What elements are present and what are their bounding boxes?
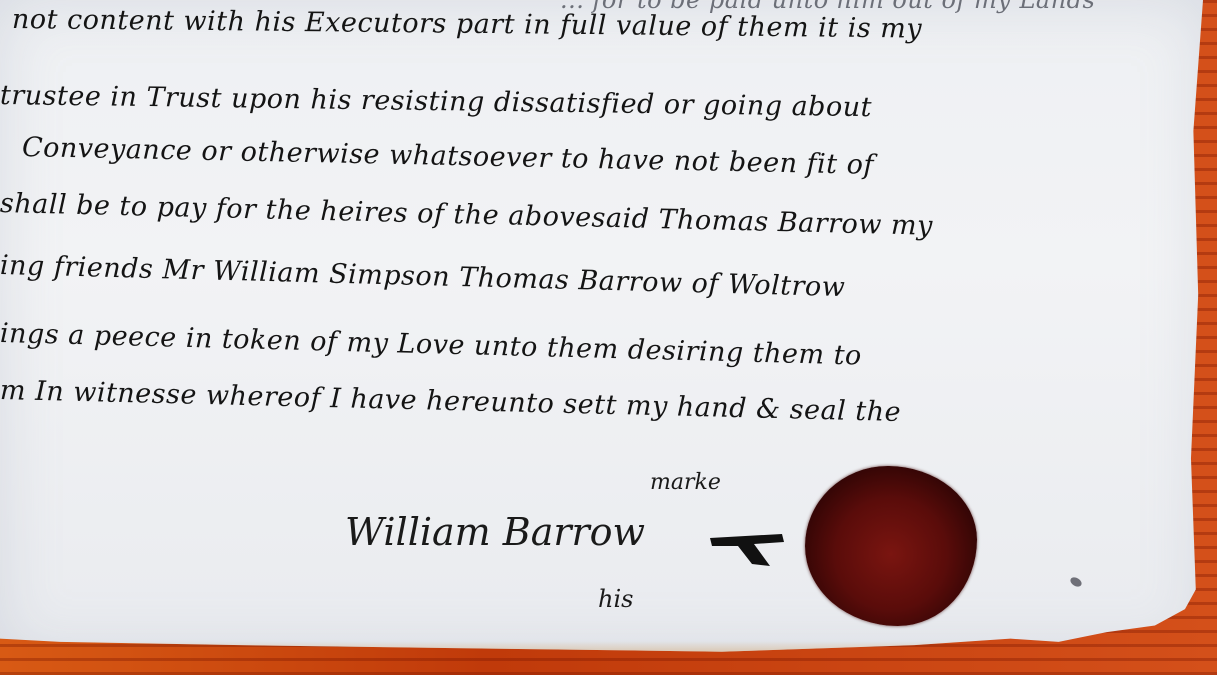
mark-label-below: his <box>598 585 633 613</box>
mark-label-above: marke <box>650 470 721 495</box>
document-paper: ... for to be paid unto him out of my La… <box>0 0 1203 655</box>
text-line-2: trustee in Trust upon his resisting diss… <box>0 80 872 123</box>
signatory-mark-icon <box>708 522 788 570</box>
text-line-4: shall be to pay for the heires of the ab… <box>0 188 933 242</box>
text-line-3: Conveyance or otherwise whatsoever to ha… <box>22 132 875 181</box>
ink-speck <box>1069 576 1083 589</box>
text-line-6: ings a peece in token of my Love unto th… <box>0 318 862 372</box>
wax-seal <box>805 466 977 626</box>
signature-name: William Barrow <box>345 510 645 554</box>
text-line-5: ing friends Mr William Simpson Thomas Ba… <box>0 250 846 303</box>
text-line-7: m In witnesse whereof I have hereunto se… <box>0 375 901 428</box>
